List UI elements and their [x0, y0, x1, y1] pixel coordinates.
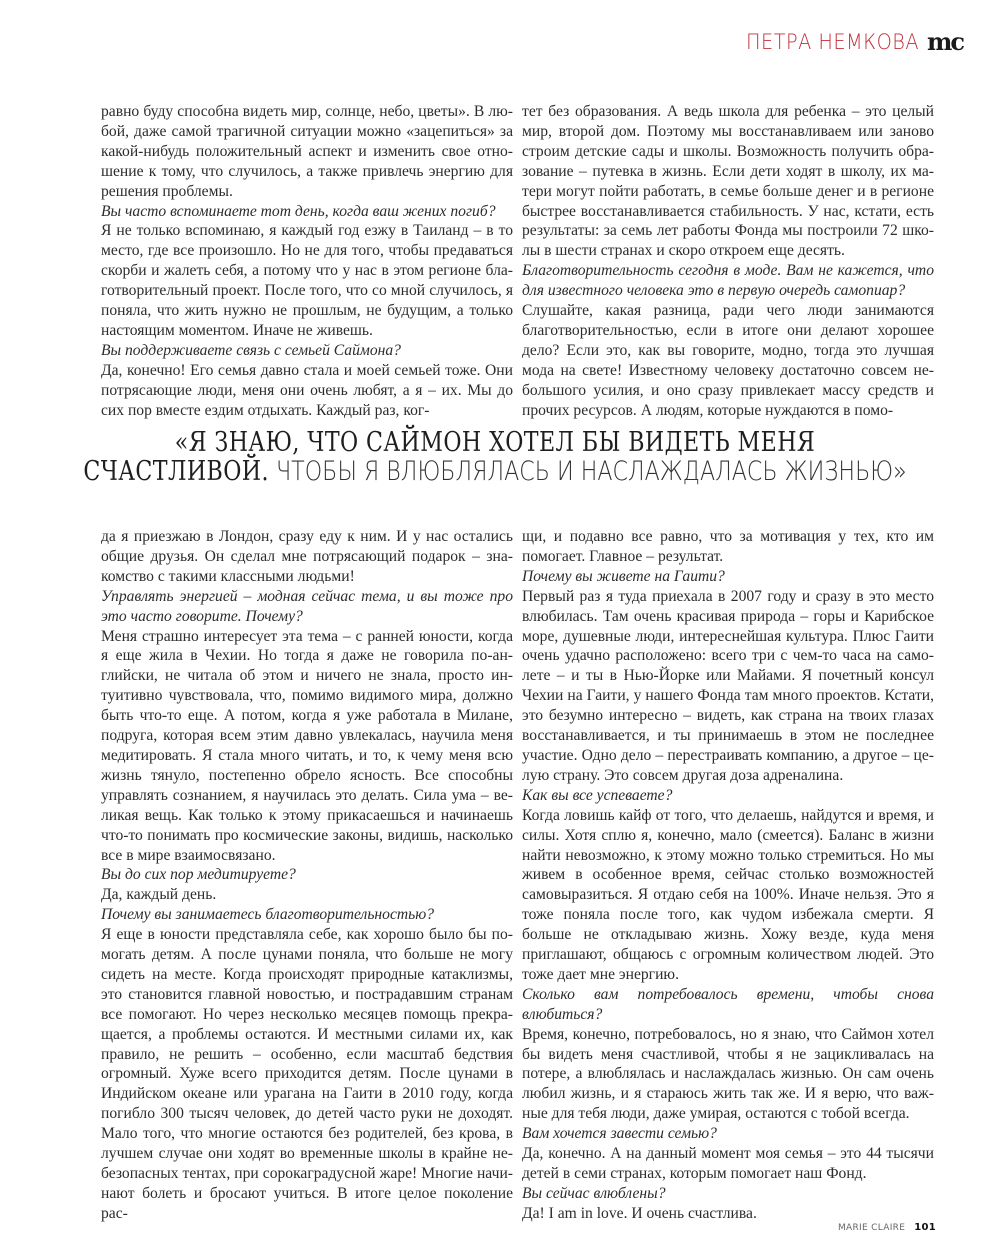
- interview-answer: Да, конечно. А на данный момент моя семь…: [522, 1144, 934, 1184]
- interview-answer: Первый раз я туда приехала в 2007 году и…: [522, 587, 934, 786]
- article-subject-name: ПЕТРА НЕМКОВА: [746, 30, 919, 54]
- interview-answer: Когда ловишь кайф от того, что делаешь, …: [522, 806, 934, 985]
- column-top-left: равно буду способна видеть мир, солнце, …: [101, 102, 513, 421]
- pull-quote: «Я ЗНАЮ, ЧТО САЙМОН ХОТЕЛ БЫ ВИДЕТЬ МЕНЯ…: [80, 428, 910, 486]
- interview-answer: щи, и подавно все равно, что за мотиваци…: [522, 527, 934, 567]
- interview-answer: Время, конечно, потребовалось, но я знаю…: [522, 1025, 934, 1125]
- interview-answer: Слушайте, какая разница, ради чего люди …: [522, 301, 934, 420]
- marie-claire-logo: mc: [927, 30, 963, 54]
- interview-answer: да я приезжаю в Лондон, сразу еду к ним.…: [101, 527, 513, 587]
- interview-question: Как вы все успеваете?: [522, 786, 934, 806]
- page-number: 101: [914, 1222, 936, 1233]
- interview-answer: Да! I am in love. И очень счастлива.: [522, 1204, 934, 1224]
- interview-question: Благотворительность сегодня в моде. Вам …: [522, 261, 934, 301]
- pull-quote-light: ЧТОБЫ Я ВЛЮБЛЯЛАСЬ И НАСЛАЖДАЛАСЬ ЖИЗНЬЮ…: [269, 456, 907, 487]
- magazine-name: MARIE CLAIRE: [838, 1223, 905, 1233]
- column-bottom-right: щи, и подавно все равно, что за мотиваци…: [522, 527, 934, 1224]
- column-top-right: тет без образования. А ведь школа для ре…: [522, 102, 934, 421]
- interview-question: Вам хочется завести семью?: [522, 1124, 934, 1144]
- interview-question: Почему вы живете на Гаити?: [522, 567, 934, 587]
- interview-answer: равно буду способна видеть мир, солнце, …: [101, 102, 513, 202]
- interview-question: Сколько вам потребовалось времени, чтобы…: [522, 985, 934, 1025]
- interview-question: Вы сейчас влюблены?: [522, 1184, 934, 1204]
- interview-question: Вы поддерживаете связь с семьей Саймона?: [101, 341, 513, 361]
- interview-answer: Да, каждый день.: [101, 885, 513, 905]
- interview-question: Вы часто вспоминаете тот день, когда ваш…: [101, 202, 513, 222]
- interview-answer: Меня страшно интересует эта тема – с ран…: [101, 627, 513, 866]
- interview-answer: Я не только вспоминаю, я каждый год езжу…: [101, 221, 513, 340]
- interview-answer: Да, конечно! Его семья давно стала и мое…: [101, 361, 513, 421]
- column-bottom-left: да я приезжаю в Лондон, сразу еду к ним.…: [101, 527, 513, 1224]
- interview-question: Вы до сих пор медитируете?: [101, 865, 513, 885]
- interview-answer: Я еще в юности представляла себе, как хо…: [101, 925, 513, 1224]
- interview-question: Почему вы занимаетесь благотворительност…: [101, 905, 513, 925]
- interview-answer: тет без образования. А ведь школа для ре…: [522, 102, 934, 261]
- page-header: ПЕТРА НЕМКОВА mc: [731, 30, 963, 54]
- interview-question: Управлять энергией – модная сейчас тема,…: [101, 587, 513, 627]
- page-footer: MARIE CLAIRE 101: [838, 1222, 936, 1233]
